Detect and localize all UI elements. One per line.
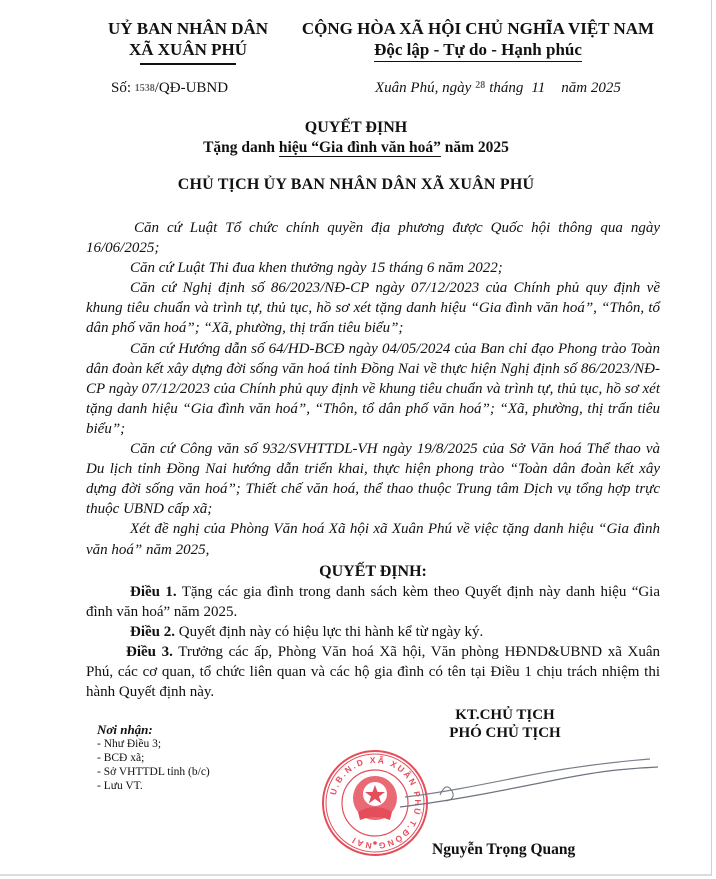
national-header: CỘNG HÒA XÃ HỘI CHỦ NGHĨA VIỆT NAM Độc l… — [292, 18, 664, 62]
article-1: Điều 1. Tặng các gia đình trong danh sác… — [86, 582, 660, 622]
preamble-item: Căn cứ Hướng dẫn số 64/HD-BCĐ ngày 04/05… — [86, 339, 660, 439]
subject-underlined: hiệu “Gia đình văn hoá” — [279, 139, 441, 157]
subject-pre: Tặng danh — [203, 139, 279, 156]
reference-prefix: Số: — [111, 80, 131, 96]
signature-on-behalf: KT.CHỦ TỊCH — [420, 706, 590, 724]
recipient-item: - BCĐ xã; — [97, 751, 210, 765]
date-month-label: tháng — [489, 80, 523, 96]
date-place: Xuân Phú, ngày — [375, 80, 471, 96]
recipient-item: - Lưu VT. — [97, 779, 210, 793]
document-type: QUYẾT ĐỊNH — [0, 119, 712, 137]
recipient-item: - Sở VHTTDL tỉnh (b/c) — [97, 765, 210, 779]
reference-number: Số: 1538/QĐ-UBND — [111, 80, 228, 97]
preamble-item: Căn cứ Nghị định số 86/2023/NĐ-CP ngày 0… — [86, 278, 660, 338]
recipients-label: Nơi nhận: — [97, 722, 210, 737]
issue-date: Xuân Phú, ngày28tháng11năm 2025 — [375, 80, 621, 97]
date-year-label: năm — [561, 80, 587, 96]
date-month: 11 — [531, 80, 545, 96]
article-label: Điều 1. — [130, 584, 177, 600]
reference-suffix: /QĐ-UBND — [155, 80, 228, 96]
article-2: Điều 2. Quyết định này có hiệu lực thi h… — [86, 622, 660, 642]
preamble-item: Căn cứ Luật Thi đua khen thưởng ngày 15 … — [86, 258, 660, 278]
issuer-block: UỶ BAN NHÂN DÂN XÃ XUÂN PHÚ — [84, 18, 292, 65]
recipient-item: - Như Điều 3; — [97, 737, 210, 751]
article-3: Điều 3. Trưởng các ấp, Phòng Văn hoá Xã … — [86, 642, 660, 702]
preamble-item: Căn cứ Luật Tổ chức chính quyền địa phươ… — [86, 218, 660, 258]
signature-title: KT.CHỦ TỊCH PHÓ CHỦ TỊCH — [420, 706, 590, 742]
article-label: Điều 2. — [130, 624, 175, 640]
signature-position: PHÓ CHỦ TỊCH — [420, 724, 590, 742]
decision-heading: QUYẾT ĐỊNH: — [86, 562, 660, 582]
document-body: Căn cứ Luật Tổ chức chính quyền địa phươ… — [86, 218, 660, 702]
nation-name: CỘNG HÒA XÃ HỘI CHỦ NGHĨA VIỆT NAM — [292, 18, 664, 39]
reference-value: 1538 — [135, 83, 155, 94]
document-subject: Tặng danh hiệu “Gia đình văn hoá” năm 20… — [0, 139, 712, 157]
issuing-authority: CHỦ TỊCH ỦY BAN NHÂN DÂN XÃ XUÂN PHÚ — [0, 176, 712, 194]
recipients-block: Nơi nhận: - Như Điều 3; - BCĐ xã; - Sở V… — [97, 722, 210, 793]
date-year: 2025 — [591, 80, 621, 96]
signer-name: Nguyễn Trọng Quang — [432, 841, 575, 859]
date-day: 28 — [475, 80, 485, 91]
preamble-item: Căn cứ Công văn số 932/SVHTTDL-VH ngày 1… — [86, 439, 660, 519]
handwritten-signature-icon — [400, 755, 660, 815]
issuer-underline — [140, 63, 236, 65]
preamble-item: Xét đề nghị của Phòng Văn hoá Xã hội xã … — [86, 519, 660, 559]
issuer-line1: UỶ BAN NHÂN DÂN — [84, 18, 292, 39]
national-motto: Độc lập - Tự do - Hạnh phúc — [374, 40, 582, 62]
article-text: Quyết định này có hiệu lực thi hành kể t… — [175, 624, 483, 640]
issuer-line2: XÃ XUÂN PHÚ — [84, 39, 292, 60]
article-label: Điều 3. — [126, 644, 173, 660]
subject-post: năm 2025 — [441, 139, 509, 156]
article-text: Trưởng các ấp, Phòng Văn hoá Xã hội, Văn… — [86, 644, 660, 700]
